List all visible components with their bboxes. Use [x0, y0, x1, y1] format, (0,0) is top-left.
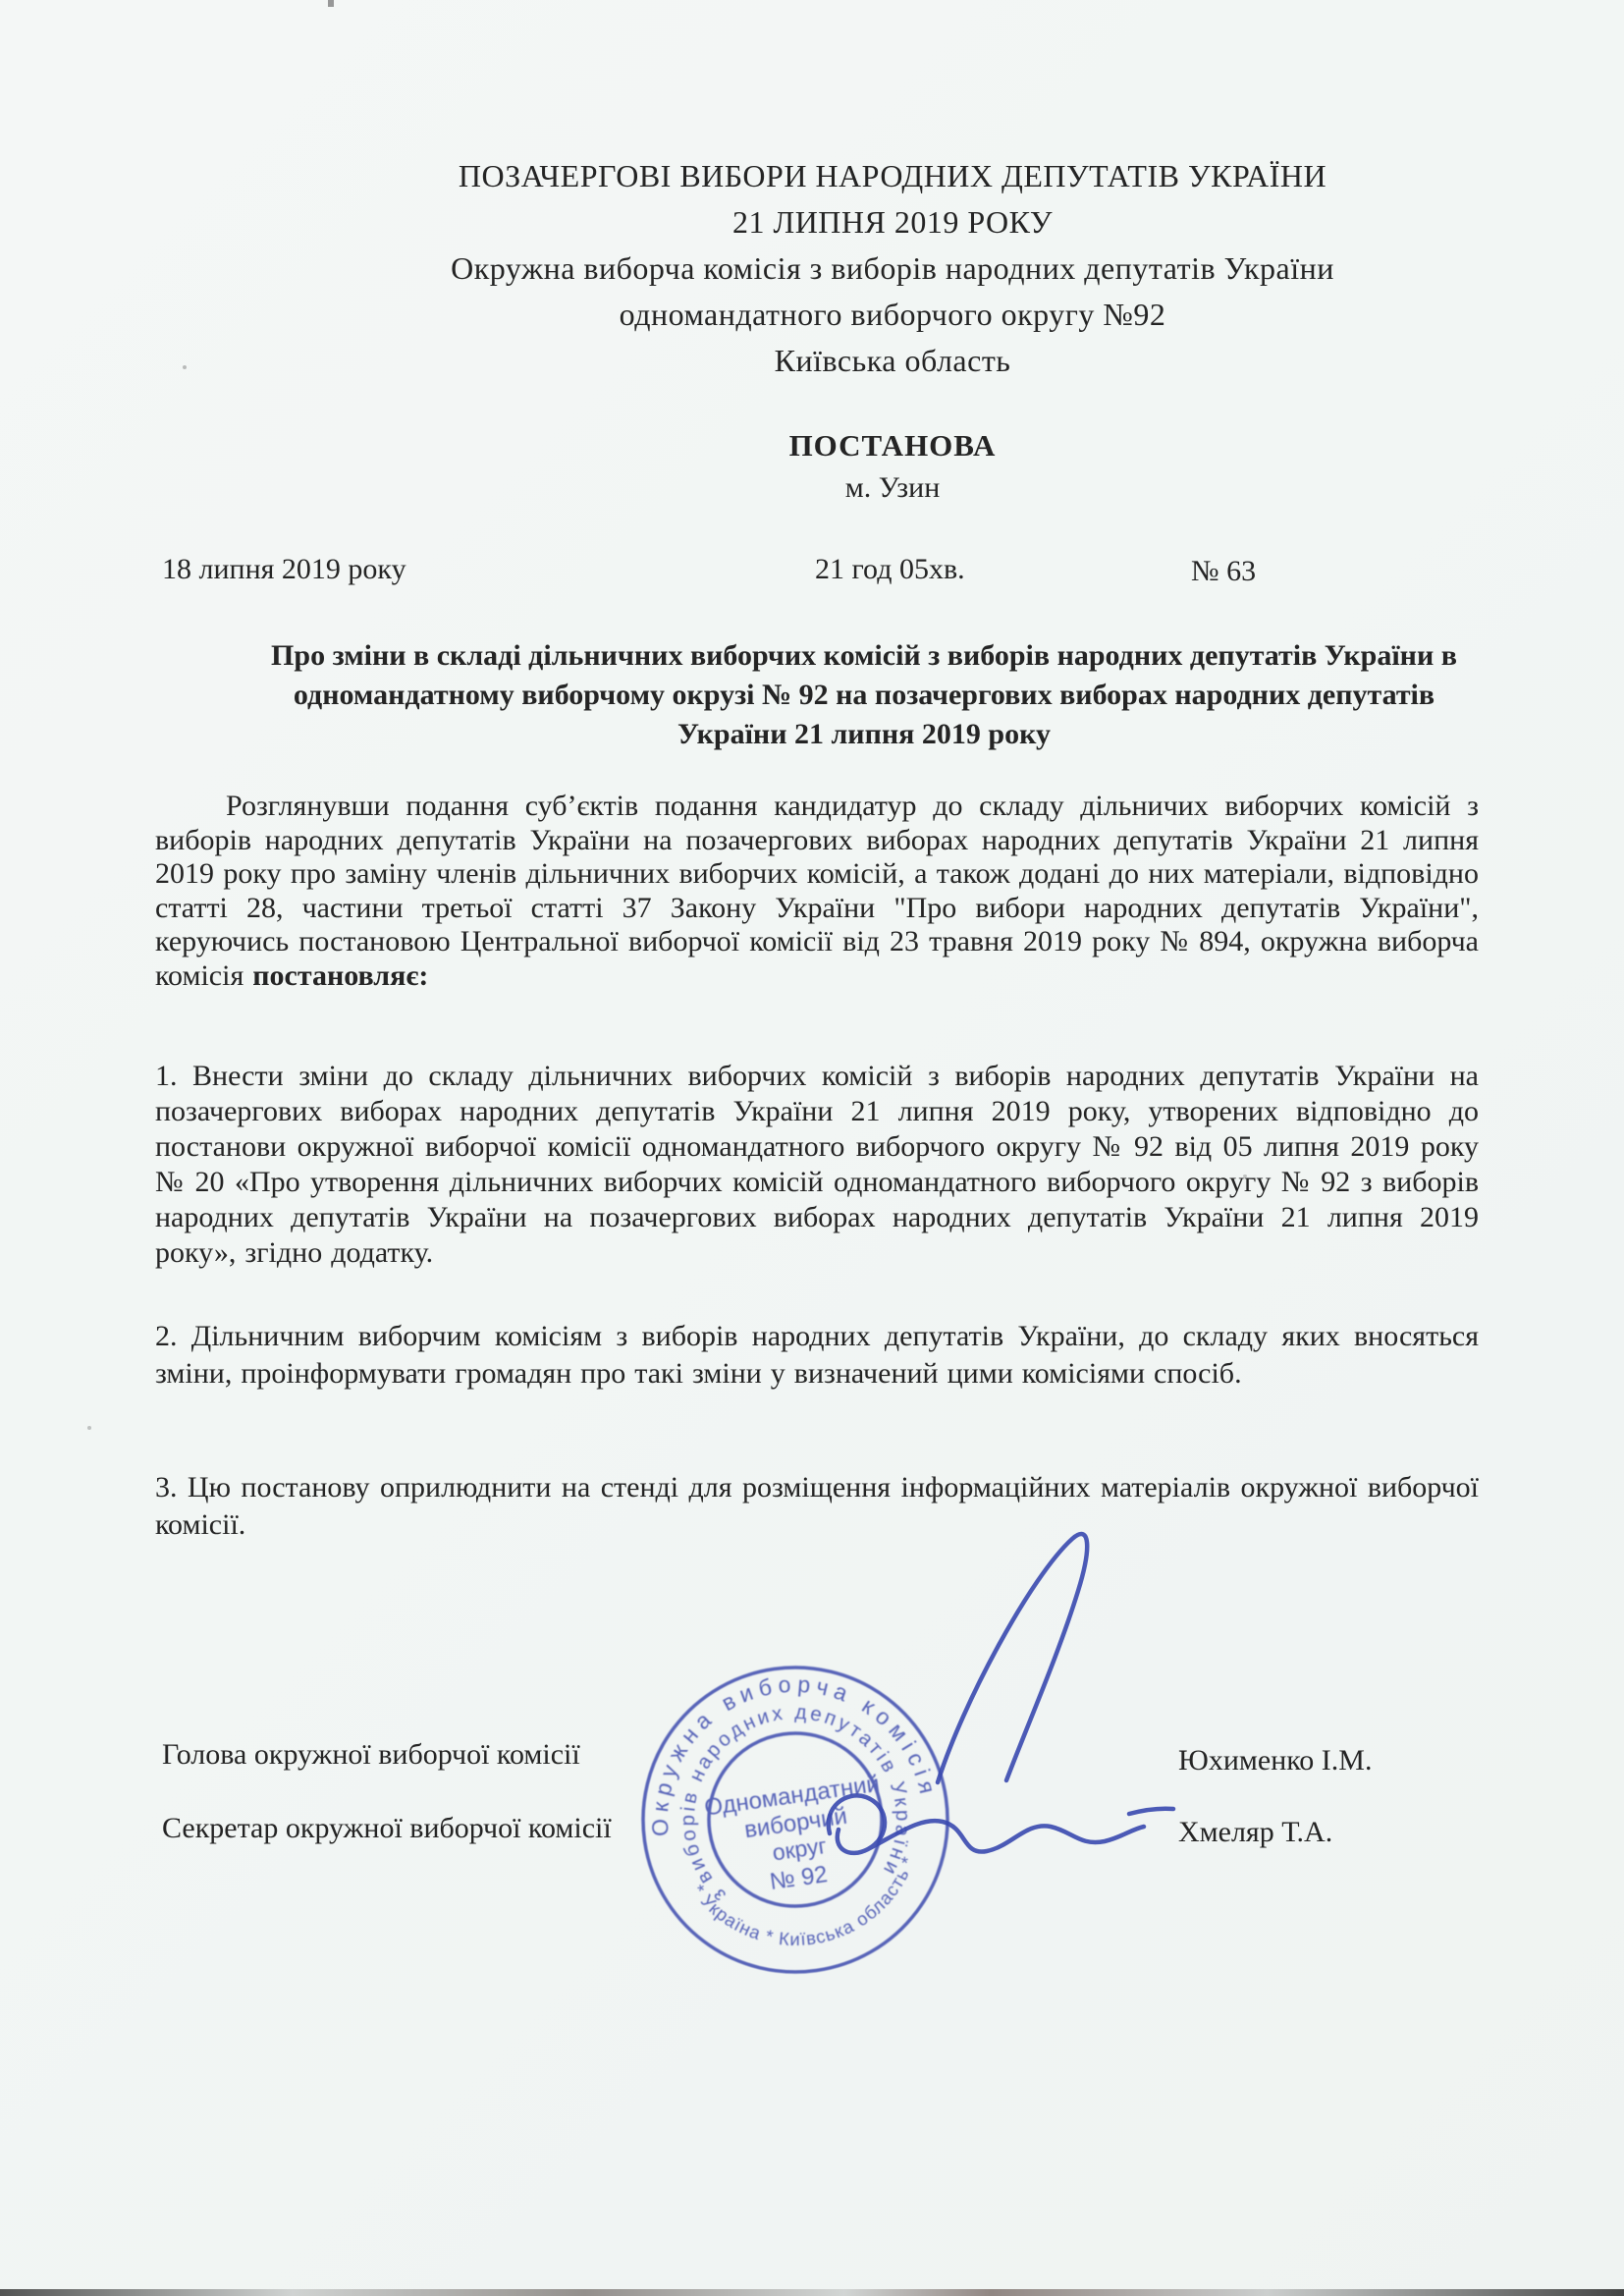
scan-speck — [87, 1426, 91, 1430]
signature-name-secretary: Хмеляр Т.А. — [1178, 1816, 1332, 1849]
intro-resolves-word: постановляє: — [252, 959, 428, 992]
document-type-label: ПОСТАНОВА — [81, 428, 1624, 464]
scan-bottom-edge-artifact — [0, 2289, 1624, 2296]
signature-tall-stroke — [938, 1534, 1087, 1782]
handwritten-signature — [805, 1517, 1198, 1890]
document-time: 21 год 05хв. — [815, 553, 965, 586]
signature-end-dash — [1129, 1809, 1173, 1814]
header-line-region: Київська область — [81, 338, 1624, 384]
signature-role-head: Голова окружної виборчої комісії — [162, 1738, 580, 1772]
signature-name-head: Юхименко І.М. — [1178, 1744, 1372, 1777]
document-date: 18 липня 2019 року — [162, 553, 406, 586]
document-number: № 63 — [1191, 555, 1256, 588]
signature-scribble — [829, 1795, 1144, 1853]
scan-speck — [328, 0, 334, 7]
scan-speck — [1243, 1175, 1247, 1177]
document-header: ПОЗАЧЕРГОВІ ВИБОРИ НАРОДНИХ ДЕПУТАТІВ УК… — [81, 153, 1624, 384]
resolution-item-2: 2. Дільничним виборчим комісіям з виборі… — [155, 1318, 1479, 1393]
intro-paragraph: Розглянувши подання суб’єктів подання ка… — [155, 790, 1479, 993]
header-line-district: одномандатного виборчого округу №92 — [81, 292, 1624, 338]
header-line-election: ПОЗАЧЕРГОВІ ВИБОРИ НАРОДНИХ ДЕПУТАТІВ УК… — [81, 153, 1624, 199]
signature-role-secretary: Секретар окружної виборчої комісії — [162, 1812, 612, 1845]
document-place: м. Узин — [81, 471, 1624, 505]
resolution-item-1: 1. Внести зміни до складу дільничних виб… — [155, 1059, 1479, 1271]
header-line-commission: Окружна виборча комісія з виборів народн… — [81, 246, 1624, 292]
scan-speck — [183, 365, 187, 369]
resolution-title: Про зміни в складі дільничних виборчих к… — [255, 636, 1473, 754]
header-line-date: 21 ЛИПНЯ 2019 РОКУ — [81, 199, 1624, 246]
scanned-resolution-page: ПОЗАЧЕРГОВІ ВИБОРИ НАРОДНИХ ДЕПУТАТІВ УК… — [0, 0, 1624, 2296]
